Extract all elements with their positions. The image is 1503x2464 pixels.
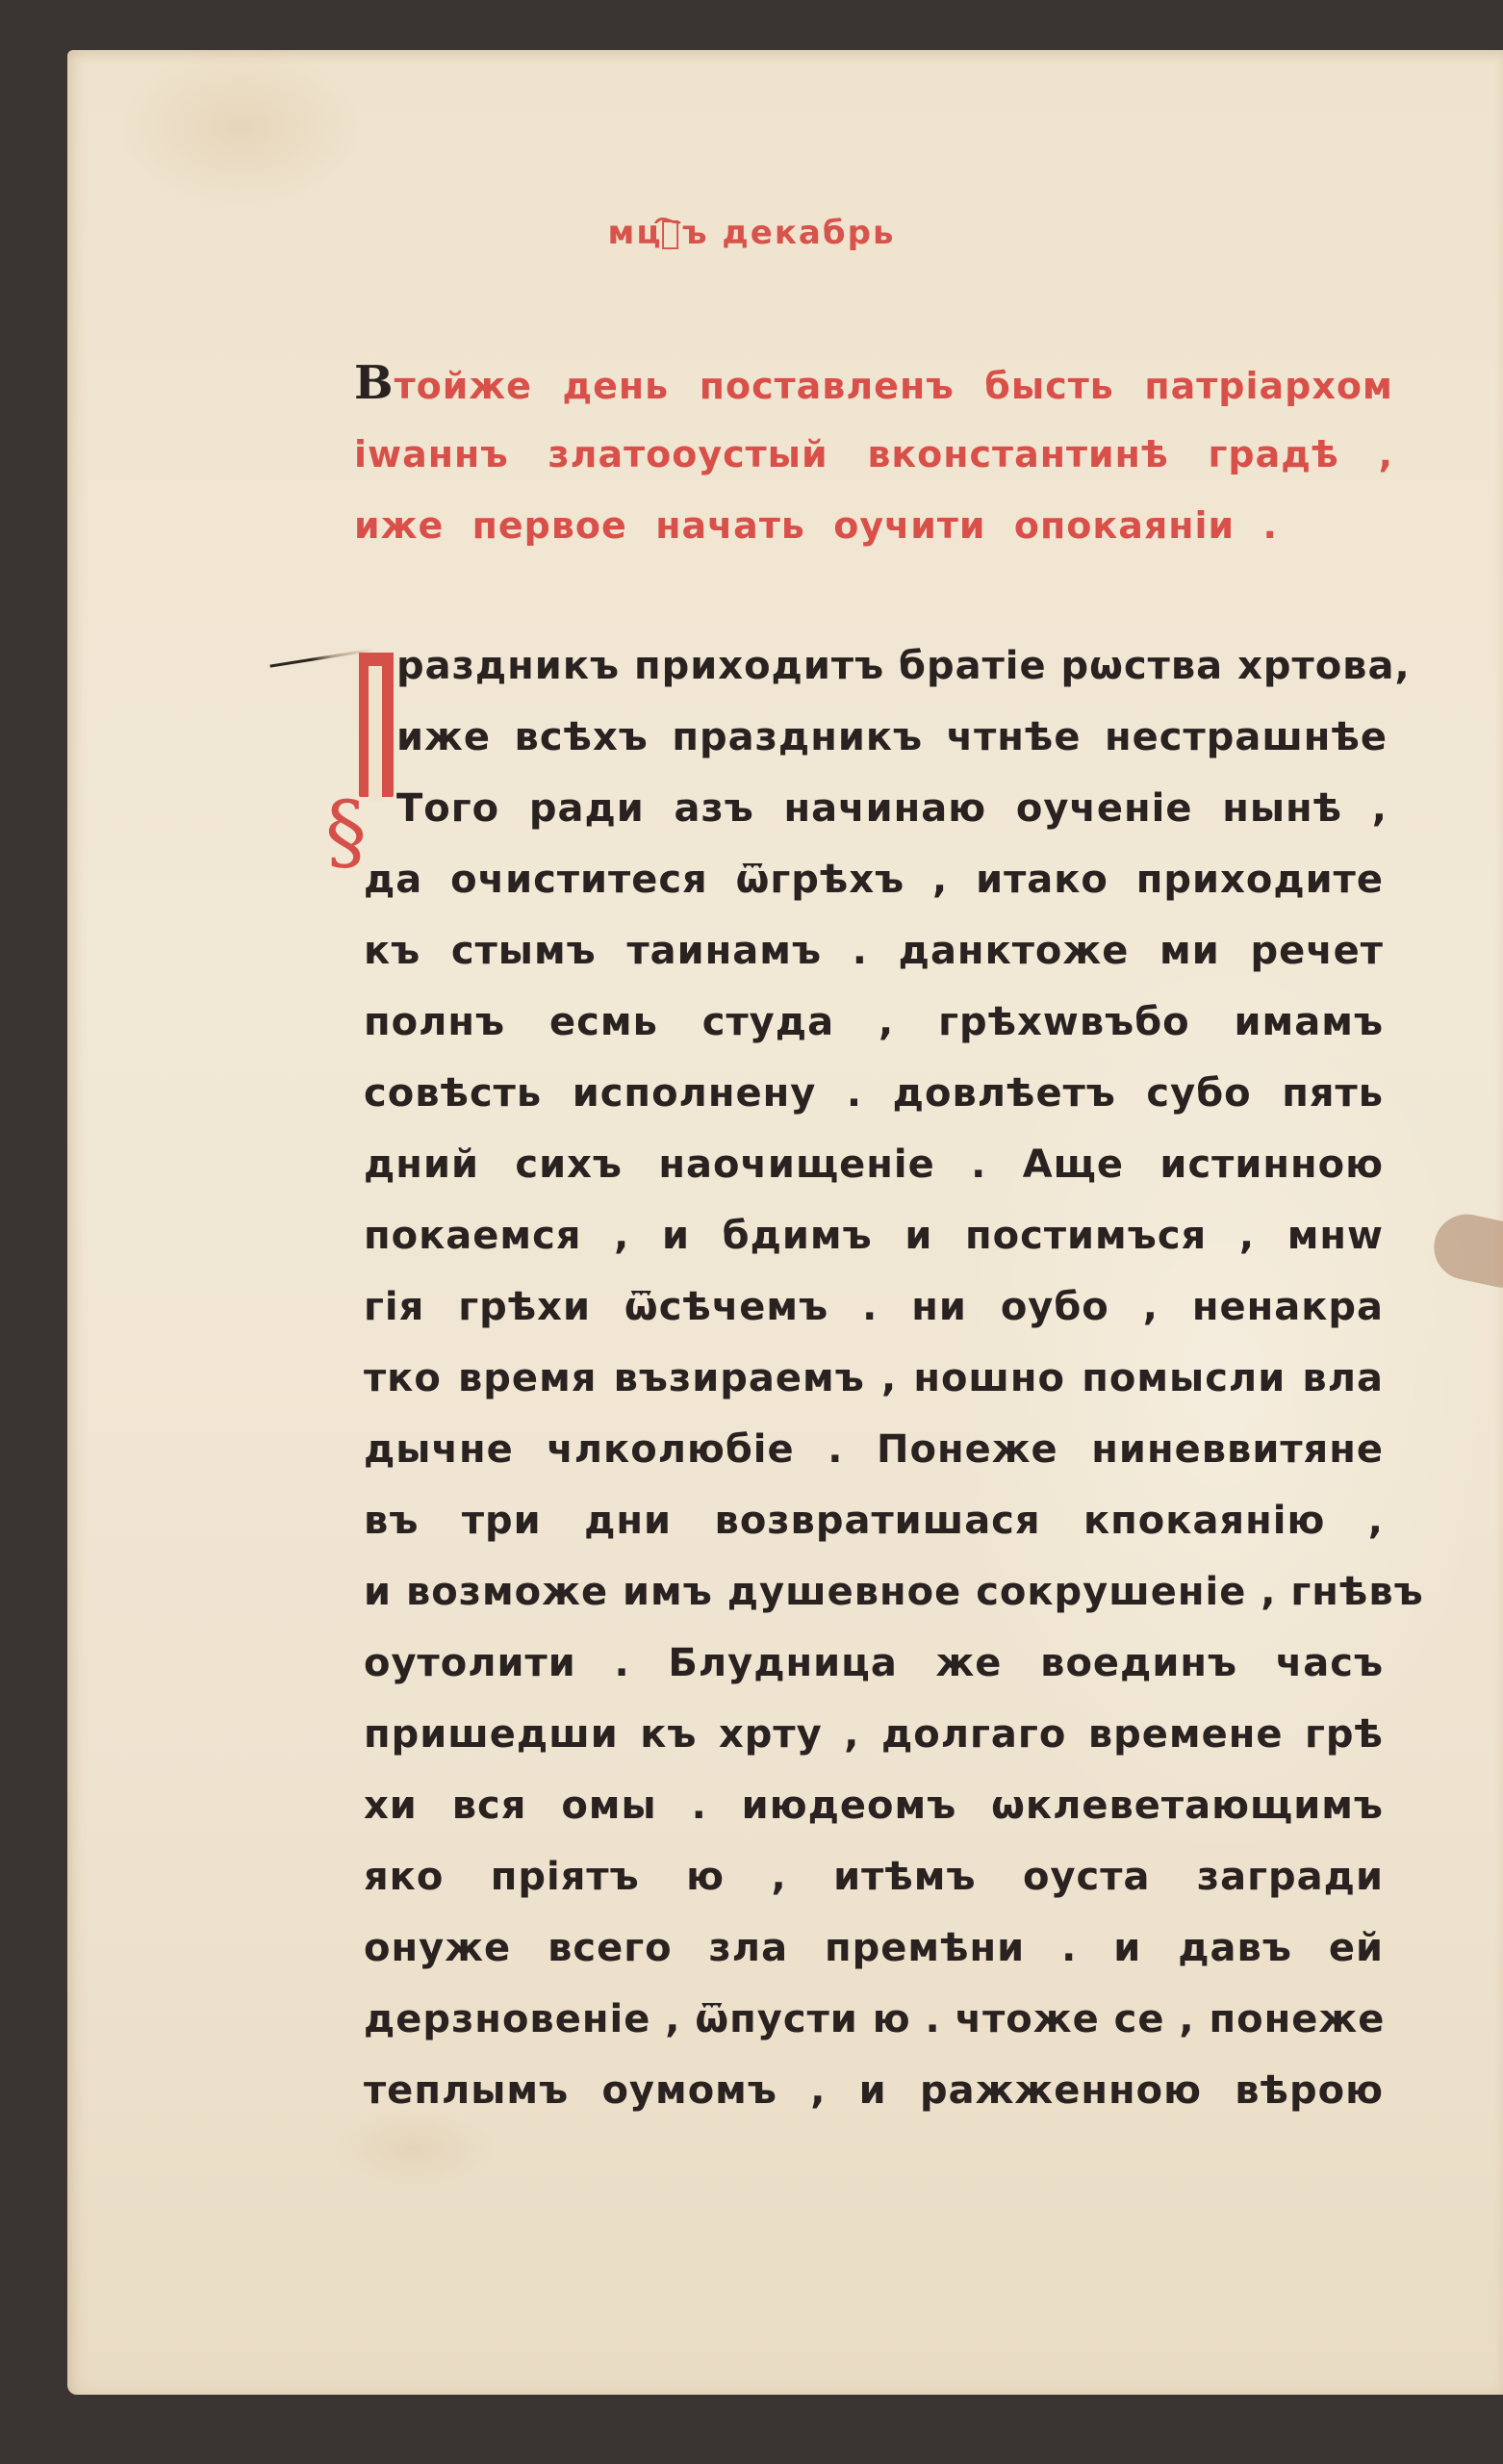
text-line: дний сихъ наочищеніе . Аще истинною	[364, 1143, 1384, 1186]
rubric-line-1: Втойже день поставленъ бысть патріархом	[354, 364, 1393, 405]
text-line: онуже всего зла премѣни . и давъ ей	[364, 1927, 1384, 1969]
text-line: къ стымъ таинамъ . данктоже ми речет	[364, 930, 1384, 972]
text-line: раздникъ приходитъ братіе рѡства хртова,	[396, 645, 1388, 687]
text-line: тко время възираемъ , ношно помысли вла	[364, 1357, 1384, 1399]
page-stain	[1428, 1208, 1503, 1292]
text-line: и возможе имъ душевное сокрушеніе , гнѣв…	[364, 1571, 1384, 1613]
text-line: въ три дни возвратишася кпокаянію ,	[364, 1500, 1384, 1542]
rubric-line-3: иже первое начать оучити опокаяніи .	[354, 506, 1278, 545]
text-line: дерзновеніе , ѿпусти ю . чтоже се , поне…	[364, 1998, 1384, 2040]
text-line: совѣсть исполнену . довлѣетъ субо пять	[364, 1072, 1384, 1115]
text-line: покаемся , и бдимъ и постимъся , мнw	[364, 1215, 1384, 1257]
drop-cap-initial	[359, 653, 394, 797]
text-line: яко пріятъ ю , итѣмъ оуста загради	[364, 1856, 1384, 1898]
text-line: полнъ есмь студа , грѣхwвъбо имамъ	[364, 1001, 1384, 1043]
text-line: дычне члколюбіе . Понеже ниневвитяне	[364, 1428, 1384, 1471]
running-head: мцⷭ҇ъ декабрь	[0, 214, 1503, 252]
text-line: пришедши къ хрту , долгаго времене грѣ	[364, 1713, 1384, 1756]
text-line: гія грѣхи ѿсѣчемъ . ни оубо , ненакра	[364, 1286, 1384, 1328]
rubric-line-2: іwаннъ златооустый вконстантинѣ градѣ ,	[354, 435, 1393, 474]
text-line: оутолити . Блудница же воединъ часъ	[364, 1642, 1384, 1684]
flourish-ornament: §	[325, 789, 367, 876]
rubric-initial: В	[354, 356, 395, 410]
text-line: хи вся омы . июдеомъ ѡклеветающимъ	[364, 1784, 1384, 1827]
text-line: иже всѣхъ праздникъ чтнѣе нестрашнѣе	[396, 716, 1388, 758]
text-line: Того ради азъ начинаю оученіе нынѣ ,	[396, 787, 1388, 830]
text-line: да очиститеся ѿгрѣхъ , итако приходите	[364, 859, 1384, 901]
text-line: теплымъ оумомъ , и ражженною вѣрою	[364, 2069, 1384, 2112]
